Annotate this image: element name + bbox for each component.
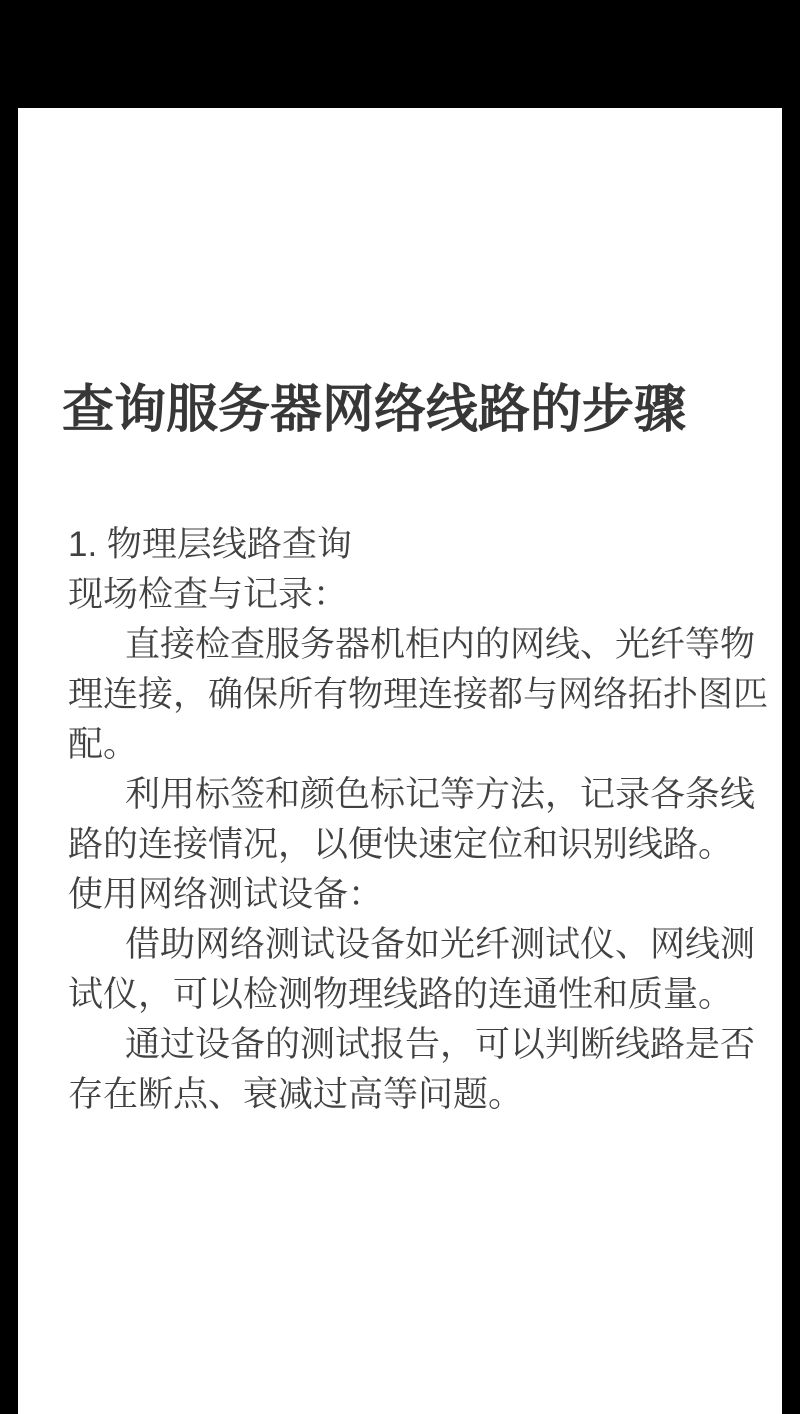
body-line: 路的连接情况，以便快速定位和识别线路。 <box>68 820 744 870</box>
screenshot-root: { "page": { "frame_color": "#000000", "c… <box>0 0 800 1414</box>
body-line: 借助网络测试设备如光纤测试仪、网线测 <box>68 920 744 970</box>
body-text: 1. 物理层线路查询现场检查与记录：直接检查服务器机柜内的网线、光纤等物理连接，… <box>68 520 744 1120</box>
body-line: 试仪，可以检测物理线路的连通性和质量。 <box>68 970 744 1020</box>
body-line: 现场检查与记录： <box>68 570 744 620</box>
body-line: 直接检查服务器机柜内的网线、光纤等物 <box>68 620 744 670</box>
article-page: 查询服务器网络线路的步骤 1. 物理层线路查询现场检查与记录：直接检查服务器机柜… <box>18 108 782 1414</box>
page-title: 查询服务器网络线路的步骤 <box>62 381 742 439</box>
body-line: 利用标签和颜色标记等方法，记录各条线 <box>68 770 744 820</box>
body-line: 存在断点、衰减过高等问题。 <box>68 1070 744 1120</box>
body-line: 1. 物理层线路查询 <box>68 520 744 570</box>
body-line: 通过设备的测试报告，可以判断线路是否 <box>68 1020 744 1070</box>
body-line: 使用网络测试设备： <box>68 870 744 920</box>
body-line: 配。 <box>68 720 744 770</box>
body-line: 理连接，确保所有物理连接都与网络拓扑图匹 <box>68 670 744 720</box>
